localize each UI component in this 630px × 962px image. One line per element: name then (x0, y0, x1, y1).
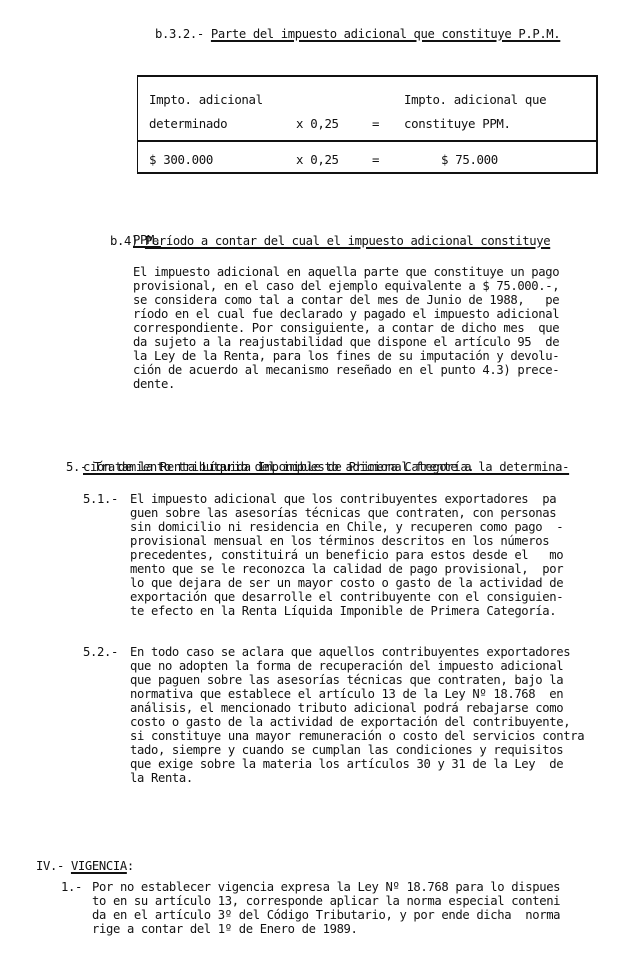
paragraph-line: exportación que desarrolle el contribuye… (130, 590, 563, 604)
section-b4-title-line2: PPM. (133, 233, 161, 247)
paragraph-line: El impuesto adicional en aquella parte q… (133, 265, 559, 279)
section-title: Parte del impuesto adicional que constit… (211, 27, 560, 41)
paragraph-line: provisional, en el caso del ejemplo equi… (133, 279, 559, 293)
paragraph-line: tado, siempre y cuando se cumplan las co… (130, 743, 563, 757)
colon: : (127, 859, 134, 873)
paragraph-line: ríodo en el cual fue declarado y pagado … (133, 307, 559, 321)
section-title: VIGENCIA (71, 859, 127, 873)
table-header-col1-line1: Impto. adicional (149, 92, 263, 107)
table-cell-result: $ 75.000 (441, 152, 498, 167)
paragraph-line: to en su artículo 13, corresponde aplica… (92, 894, 560, 908)
paragraph-line: da sujeto a la reajustabilidad que dispo… (133, 335, 559, 349)
paragraph-line: Por no establecer vigencia expresa la Le… (92, 880, 560, 894)
section-b4-heading: b.4) Período a contar del cual el impues… (96, 220, 550, 248)
table-cell-multiplier: x 0,25 (296, 152, 339, 167)
paragraph-line: El impuesto adicional que los contribuye… (130, 492, 556, 506)
paragraph-line: costo o gasto de la actividad de exporta… (130, 715, 570, 729)
item-1-number: 1.- (61, 880, 82, 894)
table-cell-equals: = (372, 152, 379, 167)
paragraph-line: rige a contar del 1º de Enero de 1989. (92, 922, 358, 936)
paragraph-line: análisis, el mencionado tributo adiciona… (130, 701, 563, 715)
table-cell-amount: $ 300.000 (149, 152, 213, 167)
paragraph-line: te efecto en la Renta Líquida Imponible … (130, 604, 556, 618)
table-header-col4-line2: constituye PPM. (404, 116, 511, 131)
paragraph-line: mento que se le reconozca la calidad de … (130, 562, 563, 576)
section-number: IV.- (36, 859, 64, 873)
paragraph-line: lo que dejara de ser un mayor costo o ga… (130, 576, 563, 590)
paragraph-line: la Renta. (130, 771, 193, 785)
paragraph-line: provisional mensual en los términos desc… (130, 534, 549, 548)
ppm-calculation-table: Impto. adicional determinado x 0,25 = Im… (137, 75, 598, 174)
subsection-5-2-number: 5.2.- (83, 645, 118, 659)
paragraph-line: que exige sobre la materia los artículos… (130, 757, 563, 771)
paragraph-line: ción de acuerdo al mecanismo reseñado en… (133, 363, 559, 377)
section-number: b.3.2.- (155, 27, 204, 41)
paragraph-line: se considera como tal a contar del mes d… (133, 293, 559, 307)
paragraph-line: dente. (133, 377, 175, 391)
paragraph-line: guen sobre las asesorías técnicas que co… (130, 506, 556, 520)
paragraph-line: que no adopten la forma de recuperación … (130, 659, 563, 673)
paragraph-line: En todo caso se aclara que aquellos cont… (130, 645, 570, 659)
section-b32-heading: b.3.2.- Parte del impuesto adicional que… (141, 13, 560, 41)
table-header-multiplier: x 0,25 (296, 116, 339, 131)
table-header-col1-line2: determinado (149, 116, 227, 131)
table-divider (138, 140, 596, 142)
section-5-title-line2: ción de la Renta Líquida Imponible de Pr… (83, 460, 474, 474)
paragraph-line: precedentes, constituirá un beneficio pa… (130, 548, 563, 562)
table-header-equals: = (372, 116, 379, 131)
paragraph-line: da en el artículo 3º del Código Tributar… (92, 908, 560, 922)
paragraph-line: sin domicilio ni residencia en Chile, y … (130, 520, 563, 534)
paragraph-line: que paguen sobre las asesorías técnicas … (130, 673, 563, 687)
subsection-5-1-number: 5.1.- (83, 492, 118, 506)
section-iv-heading: IV.- VIGENCIA: (22, 845, 134, 873)
paragraph-line: normativa que establece el artículo 13 d… (130, 687, 563, 701)
table-header-col4-line1: Impto. adicional que (404, 92, 546, 107)
paragraph-line: la Ley de la Renta, para los fines de su… (133, 349, 559, 363)
section-title-line1: Período a contar del cual el impuesto ad… (145, 234, 550, 248)
paragraph-line: correspondiente. Por consiguiente, a con… (133, 321, 559, 335)
paragraph-line: si constituye una mayor remuneración o c… (130, 729, 584, 743)
